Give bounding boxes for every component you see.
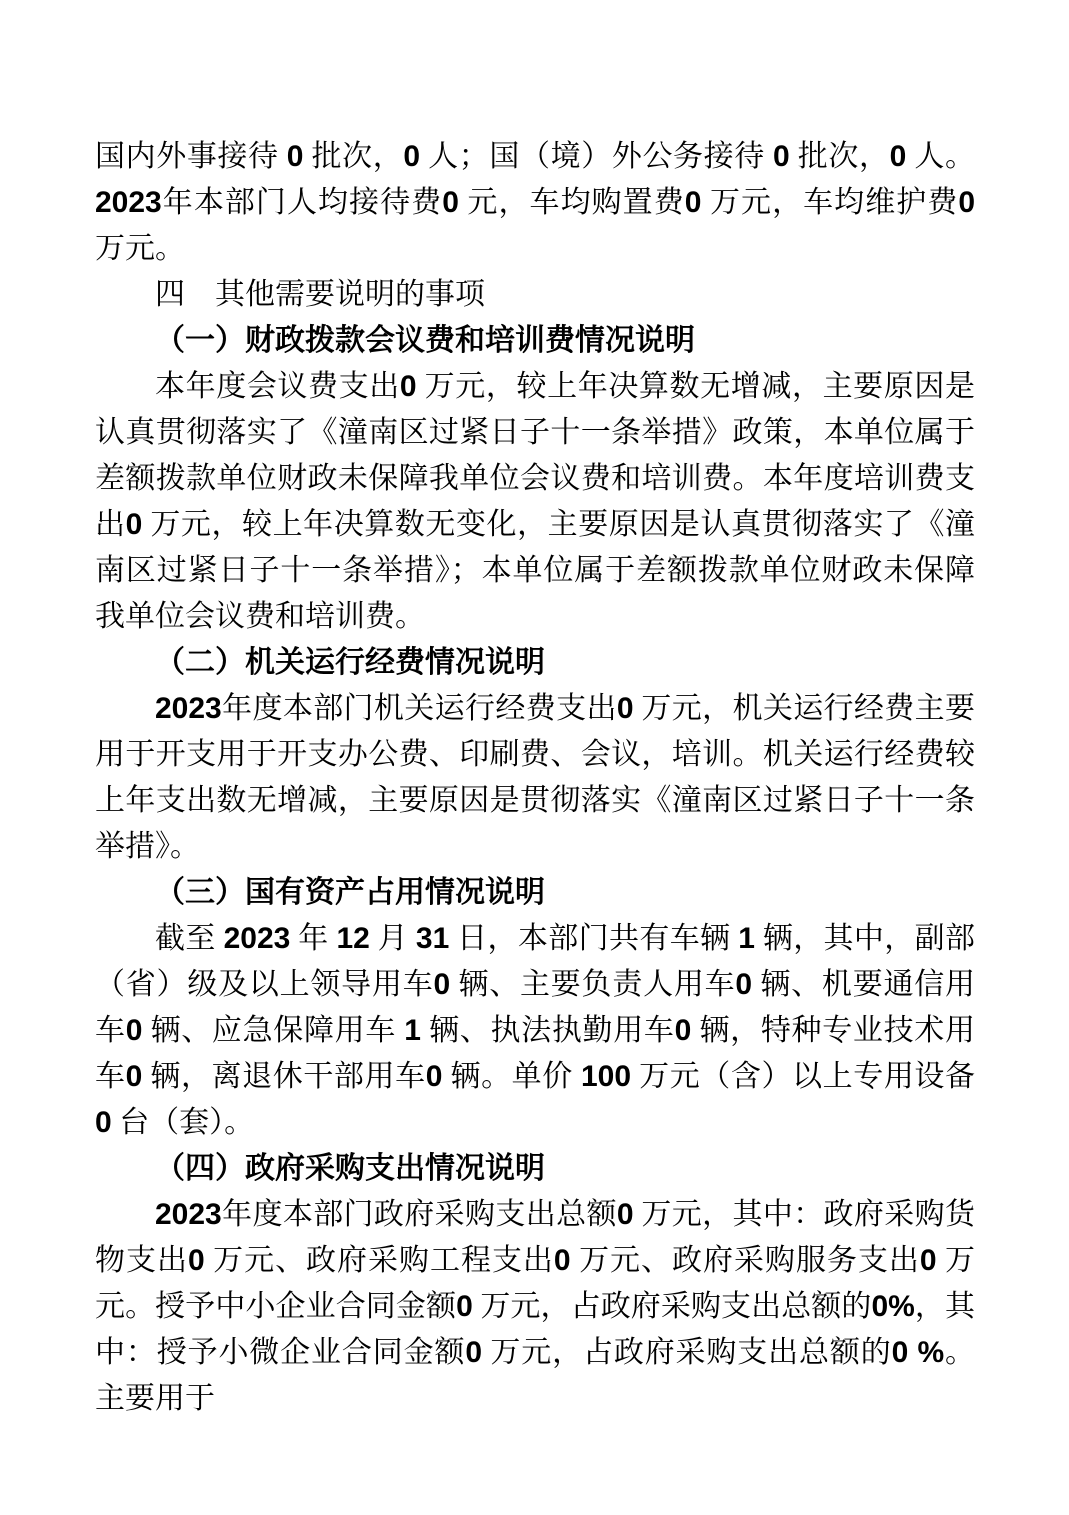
numeric-value: 0 [287, 140, 304, 173]
document-page: 国内外事接待 0 批次，0 人；国（境）外公务接待 0 批次，0 人。2023年… [0, 0, 1069, 1515]
text-run: 万元。 [95, 232, 185, 265]
subsection-heading: （一）财政拨款会议费和培训费情况说明 [95, 318, 975, 364]
numeric-value: 0 [890, 140, 907, 173]
numeric-value: 0 [434, 968, 451, 1001]
text-run: 辆、应急保障用车 [142, 1014, 404, 1047]
numeric-value: 0 [773, 140, 790, 173]
numeric-value: 31 [416, 922, 449, 955]
text-run: 日，本部门共有车辆 [449, 922, 738, 955]
numeric-value: 0 [675, 1014, 692, 1047]
text-run: 元，车均购置费 [459, 186, 685, 219]
text-run: 万元，占政府采购支出总额的 [482, 1336, 892, 1369]
numeric-value: 0 % [892, 1336, 945, 1369]
numeric-value: 0 [442, 186, 459, 219]
text-run: 本年度会议费支出 [155, 370, 400, 403]
paragraph: 2023年度本部门政府采购支出总额0 万元，其中：政府采购货物支出0 万元、政府… [95, 1192, 975, 1422]
text-run: 批次， [303, 140, 403, 173]
numeric-value: 0 [126, 508, 143, 541]
numeric-value: 0 [617, 1198, 634, 1231]
numeric-value: 1 [738, 922, 755, 955]
numeric-value: 0 [400, 370, 417, 403]
text-run: 万元，车均维护费 [701, 186, 958, 219]
numeric-value: 0 [126, 1014, 143, 1047]
numeric-value: 0% [871, 1290, 914, 1323]
section-heading: 四 其他需要说明的事项 [95, 272, 975, 318]
text-run: 月 [370, 922, 416, 955]
text-run: 万元（含）以上专用设备 [631, 1060, 975, 1093]
text-run: 四 其他需要说明的事项 [155, 278, 485, 311]
paragraph: 截至 2023 年 12 月 31 日，本部门共有车辆 1 辆，其中，副部（省）… [95, 916, 975, 1146]
text-run: 万元、政府采购服务支出 [571, 1244, 920, 1277]
numeric-value: 0 [735, 968, 752, 1001]
text-run: （二）机关运行经费情况说明 [155, 646, 545, 679]
text-run: 辆。单价 [442, 1060, 581, 1093]
text-run: （一）财政拨款会议费和培训费情况说明 [155, 324, 695, 357]
numeric-value: 0 [465, 1336, 482, 1369]
subsection-heading: （四）政府采购支出情况说明 [95, 1146, 975, 1192]
numeric-value: 0 [456, 1290, 473, 1323]
numeric-value: 12 [336, 922, 369, 955]
subsection-heading: （三）国有资产占用情况说明 [95, 870, 975, 916]
paragraph-continued: 国内外事接待 0 批次，0 人；国（境）外公务接待 0 批次，0 人。2023年… [95, 134, 975, 272]
text-run: 年度本部门政府采购支出总额 [222, 1198, 617, 1231]
numeric-value: 2023 [224, 922, 291, 955]
numeric-value: 1 [404, 1014, 421, 1047]
text-run: 人；国（境）外公务接待 [420, 140, 773, 173]
text-run: 批次， [790, 140, 890, 173]
numeric-value: 0 [126, 1060, 143, 1093]
document-body: 国内外事接待 0 批次，0 人；国（境）外公务接待 0 批次，0 人。2023年… [95, 134, 975, 1422]
text-run: 辆，离退休干部用车 [142, 1060, 425, 1093]
text-run: 年度本部门机关运行经费支出 [222, 692, 617, 725]
numeric-value: 0 [426, 1060, 443, 1093]
paragraph: 2023年度本部门机关运行经费支出0 万元，机关运行经费主要用于开支用于开支办公… [95, 686, 975, 870]
numeric-value: 2023 [155, 692, 222, 725]
text-run: 年 [290, 922, 336, 955]
text-run: 万元、政府采购工程支出 [205, 1244, 554, 1277]
numeric-value: 2023 [155, 1198, 222, 1231]
numeric-value: 100 [581, 1060, 631, 1093]
numeric-value: 0 [958, 186, 975, 219]
numeric-value: 0 [95, 1106, 112, 1139]
text-run: 人。 [906, 140, 975, 173]
text-run: 万元，较上年决算数无变化，主要原因是认真贯彻落实了《潼南区过紧日子十一条举措》；… [95, 508, 975, 633]
numeric-value: 0 [685, 186, 702, 219]
text-run: 万元，占政府采购支出总额的 [473, 1290, 872, 1323]
subsection-heading: （二）机关运行经费情况说明 [95, 640, 975, 686]
text-run: （四）政府采购支出情况说明 [155, 1152, 545, 1185]
text-run: 截至 [155, 922, 224, 955]
numeric-value: 2023 [95, 186, 162, 219]
text-run: 辆、执法执勤用车 [421, 1014, 675, 1047]
paragraph: 本年度会议费支出0 万元，较上年决算数无增减，主要原因是认真贯彻落实了《潼南区过… [95, 364, 975, 640]
text-run: 辆、主要负责人用车 [450, 968, 735, 1001]
text-run: （三）国有资产占用情况说明 [155, 876, 545, 909]
text-run: 年本部门人均接待费 [162, 186, 442, 219]
numeric-value: 0 [554, 1244, 571, 1277]
numeric-value: 0 [403, 140, 420, 173]
text-run: 国内外事接待 [95, 140, 287, 173]
numeric-value: 0 [920, 1244, 937, 1277]
text-run: 台（套）。 [112, 1106, 255, 1139]
numeric-value: 0 [617, 692, 634, 725]
numeric-value: 0 [188, 1244, 205, 1277]
